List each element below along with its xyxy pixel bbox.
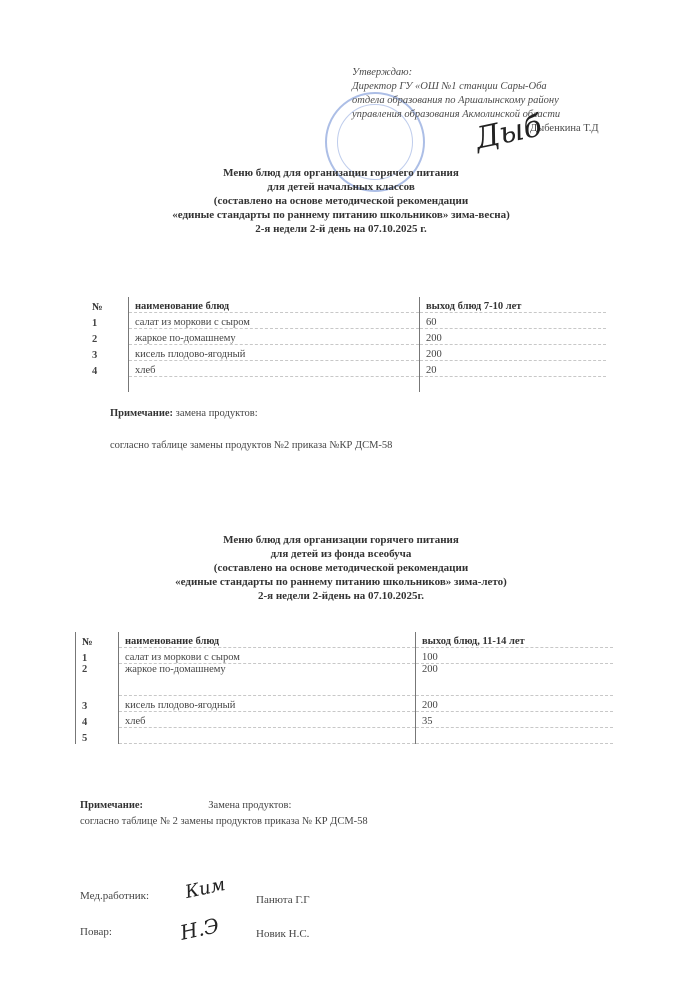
row-number: 4	[76, 712, 119, 728]
heading-line: (составлено на основе методической реком…	[0, 194, 682, 208]
dish-name: кисель плодово-ягодный	[129, 345, 420, 361]
section1-note-reference: согласно таблице замены продуктов №2 при…	[110, 440, 392, 451]
heading-line: Меню блюд для организации горячего питан…	[0, 166, 682, 180]
menu-table-2: № наименование блюд выход блюд, 11-14 ле…	[75, 632, 613, 744]
medic-label: Мед.работник:	[80, 890, 149, 902]
cook-signature: Н.Э	[178, 913, 221, 945]
col-portion-header: выход блюд 7-10 лет	[420, 297, 607, 313]
heading-line: Меню блюд для организации горячего питан…	[0, 533, 682, 547]
heading-line: для детей начальных классов	[0, 180, 682, 194]
dish-name	[119, 728, 416, 744]
heading-line: для детей из фонда всеобуча	[0, 547, 682, 561]
col-portion-header: выход блюд, 11-14 лет	[416, 632, 614, 648]
portion-value	[420, 377, 607, 393]
table-row	[86, 377, 606, 393]
portion-value: 200	[420, 329, 607, 345]
note-label: Примечание:	[110, 408, 173, 419]
row-number: 3	[76, 696, 119, 712]
row-number: 2	[86, 329, 129, 345]
table-row: 4 хлеб 20	[86, 361, 606, 377]
medic-name: Панюта Г.Г	[256, 894, 310, 906]
row-number: 1	[86, 313, 129, 329]
medic-signature: Ким	[183, 874, 227, 903]
table-row: 2 жаркое по-домашнему 200	[86, 329, 606, 345]
portion-value: 35	[416, 712, 614, 728]
col-number-header: №	[76, 632, 119, 648]
heading-line: 2-я недели 2-й день на 07.10.2025 г.	[0, 222, 682, 236]
section2-heading: Меню блюд для организации горячего питан…	[0, 533, 682, 603]
portion-value: 200	[416, 664, 614, 696]
table-row: 3 кисель плодово-ягодный 200	[86, 345, 606, 361]
table-header-row: № наименование блюд выход блюд, 11-14 ле…	[76, 632, 614, 648]
row-number: 4	[86, 361, 129, 377]
portion-value: 200	[416, 696, 614, 712]
heading-line: «единые стандарты по раннему питанию шко…	[0, 208, 682, 222]
section2-note: Примечание: Замена продуктов:	[80, 800, 291, 811]
approval-line: отдела образования по Аршалынскому район…	[352, 94, 652, 108]
portion-value: 100	[416, 648, 614, 664]
dish-name: кисель плодово-ягодный	[119, 696, 416, 712]
dish-name	[129, 377, 420, 393]
cook-name: Новик Н.С.	[256, 928, 309, 940]
portion-value: 60	[420, 313, 607, 329]
approval-label: Утверждаю:	[352, 66, 652, 80]
section1-heading: Меню блюд для организации горячего питан…	[0, 166, 682, 236]
dish-name: жаркое по-домашнему	[119, 664, 416, 696]
col-number-header: №	[86, 297, 129, 313]
row-number: 1	[76, 648, 119, 664]
note-text: Замена продуктов:	[208, 800, 291, 811]
dish-name: салат из моркови с сыром	[129, 313, 420, 329]
table-row: 3 кисель плодово-ягодный 200	[76, 696, 614, 712]
col-dish-header: наименование блюд	[119, 632, 416, 648]
menu-table-1: № наименование блюд выход блюд 7-10 лет …	[86, 297, 606, 392]
dish-name: жаркое по-домашнему	[129, 329, 420, 345]
portion-value: 20	[420, 361, 607, 377]
note-label: Примечание:	[80, 800, 143, 811]
heading-line: (составлено на основе методической реком…	[0, 561, 682, 575]
approval-line: Директор ГУ «ОШ №1 станции Сары-Оба	[352, 80, 652, 94]
dish-name: салат из моркови с сыром	[119, 648, 416, 664]
cook-label: Повар:	[80, 926, 112, 938]
row-number: 3	[86, 345, 129, 361]
table-row: 4 хлеб 35	[76, 712, 614, 728]
table-row: 1 салат из моркови с сыром 100	[76, 648, 614, 664]
heading-line: «единые стандарты по раннему питанию шко…	[0, 575, 682, 589]
section1-note: Примечание: замена продуктов:	[110, 408, 258, 419]
table-row: 2 жаркое по-домашнему 200	[76, 664, 614, 696]
portion-value	[416, 728, 614, 744]
heading-line: 2-я недели 2-йдень на 07.10.2025г.	[0, 589, 682, 603]
row-number	[86, 377, 129, 393]
note-text: замена продуктов:	[176, 408, 258, 419]
row-number: 2	[76, 664, 119, 696]
col-dish-header: наименование блюд	[129, 297, 420, 313]
dish-name: хлеб	[119, 712, 416, 728]
row-number: 5	[76, 728, 119, 744]
dish-name: хлеб	[129, 361, 420, 377]
table-row: 1 салат из моркови с сыром 60	[86, 313, 606, 329]
section2-note-reference: согласно таблице № 2 замены продуктов пр…	[80, 816, 368, 827]
document-page: Утверждаю: Директор ГУ «ОШ №1 станции Са…	[0, 0, 682, 1008]
table-row: 5	[76, 728, 614, 744]
portion-value: 200	[420, 345, 607, 361]
table-header-row: № наименование блюд выход блюд 7-10 лет	[86, 297, 606, 313]
